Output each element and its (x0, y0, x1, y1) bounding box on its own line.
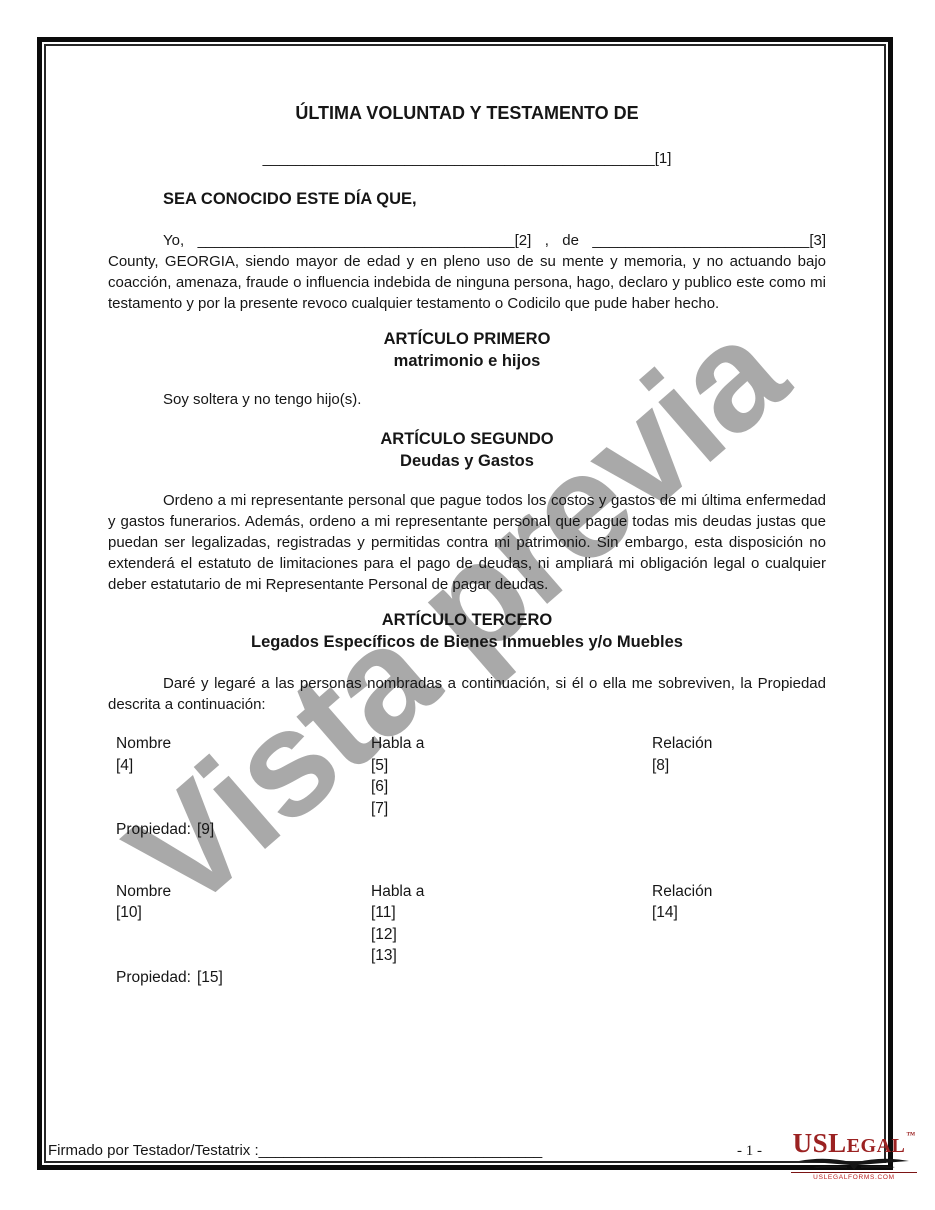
speakto-field-2[interactable]: [6] (371, 776, 652, 798)
bequest-2-relation-column: Relación [14] (652, 881, 826, 967)
article-second-body: Ordeno a mi representante personal que p… (108, 490, 826, 595)
relation-field[interactable]: [8] (652, 755, 826, 777)
property-label: Propiedad: (116, 821, 191, 838)
speakto-field-3[interactable]: [13] (371, 945, 652, 967)
testator-name-ref: [1] (655, 150, 672, 167)
bequest-1-speakto-column: Habla a [5] [6] [7] (371, 733, 652, 819)
brand-main: USL (793, 1128, 847, 1158)
testator-name-blank[interactable]: ________________________________________… (263, 150, 655, 167)
name-field[interactable]: [10] (116, 902, 371, 924)
article-first-heading: ARTÍCULO PRIMERO (108, 328, 826, 350)
document-content: ÚLTIMA VOLUNTAD Y TESTAMENTO DE ________… (108, 42, 826, 988)
name-column-label: Nombre (116, 733, 371, 755)
county-field-ref: [3] (809, 232, 826, 249)
name-field-ref: [2] (515, 232, 532, 249)
bequest-block-2: Nombre [10] Habla a [11] [12] [13] Relac… (116, 881, 826, 989)
speakto-field-1[interactable]: [5] (371, 755, 652, 777)
property-field[interactable]: [15] (197, 969, 223, 986)
relation-column-label: Relación (652, 881, 826, 903)
page-number: - 1 - (737, 1142, 762, 1160)
intro-paragraph: Yo, ____________________________________… (108, 230, 826, 314)
intro-rest: County, GEORGIA, siendo mayor de edad y … (108, 253, 826, 312)
article-third-body: Daré y legaré a las personas nombradas a… (108, 673, 826, 715)
bequest-block-1: Nombre [4] Habla a [5] [6] [7] Relación … (116, 733, 826, 841)
bequest-2-property-line: Propiedad:[15] (116, 967, 826, 989)
speakto-field-1[interactable]: [11] (371, 902, 652, 924)
bequest-1-name-column: Nombre [4] (116, 733, 371, 819)
article-first-section: ARTÍCULO PRIMERO matrimonio e hijos Soy … (108, 328, 826, 410)
document-title: ÚLTIMA VOLUNTAD Y TESTAMENTO DE (108, 102, 826, 124)
article-first-subheading: matrimonio e hijos (108, 350, 826, 372)
bequest-2-speakto-column: Habla a [11] [12] [13] (371, 881, 652, 967)
page-footer: Firmado por Testador/Testatrix : _______… (48, 1142, 880, 1160)
signature-blank[interactable]: __________________________________ (259, 1142, 543, 1160)
article-third-subheading: Legados Específicos de Bienes Inmuebles … (108, 631, 826, 653)
speakto-column-label: Habla a (371, 881, 652, 903)
article-second-section: ARTÍCULO SEGUNDO Deudas y Gastos Ordeno … (108, 428, 826, 595)
article-second-heading: ARTÍCULO SEGUNDO (108, 428, 826, 450)
article-first-body: Soy soltera y no tengo hijo(s). (108, 389, 826, 410)
testator-name-field[interactable]: ______________________________________ (198, 232, 515, 249)
relation-field[interactable]: [14] (652, 902, 826, 924)
bequest-1-relation-column: Relación [8] (652, 733, 826, 819)
page-border-frame: ÚLTIMA VOLUNTAD Y TESTAMENTO DE ________… (37, 37, 893, 1170)
article-third-heading: ARTÍCULO TERCERO (108, 609, 826, 631)
property-label: Propiedad: (116, 969, 191, 986)
relation-column-label: Relación (652, 733, 826, 755)
bequest-2-columns: Nombre [10] Habla a [11] [12] [13] Relac… (116, 881, 826, 967)
document-page: Vista previa ÚLTIMA VOLUNTAD Y TESTAMENT… (0, 0, 935, 1210)
intro-mid: , de (531, 232, 592, 249)
intro-prefix: Yo, (163, 232, 198, 249)
name-column-label: Nombre (116, 881, 371, 903)
uslegal-brand-text: USLEGAL™ (791, 1130, 917, 1157)
article-second-subheading: Deudas y Gastos (108, 450, 826, 472)
bequest-1-property-line: Propiedad:[9] (116, 819, 826, 841)
bequest-2-name-column: Nombre [10] (116, 881, 371, 967)
article-third-section: ARTÍCULO TERCERO Legados Específicos de … (108, 609, 826, 715)
brand-small: EGAL (847, 1135, 906, 1157)
logo-website: USLEGALFORMS.COM (791, 1172, 917, 1181)
property-field[interactable]: [9] (197, 821, 214, 838)
county-field[interactable]: __________________________ (592, 232, 809, 249)
name-field[interactable]: [4] (116, 755, 371, 777)
speakto-field-3[interactable]: [7] (371, 798, 652, 820)
salutation: SEA CONOCIDO ESTE DÍA QUE, (108, 189, 826, 210)
bequest-1-columns: Nombre [4] Habla a [5] [6] [7] Relación … (116, 733, 826, 819)
speakto-column-label: Habla a (371, 733, 652, 755)
testator-name-line: ________________________________________… (108, 148, 826, 169)
trademark-symbol: ™ (906, 1130, 915, 1140)
uslegal-logo: USLEGAL™ USLEGALFORMS.COM (791, 1130, 917, 1181)
signature-label: Firmado por Testador/Testatrix : (48, 1142, 259, 1160)
speakto-field-2[interactable]: [12] (371, 924, 652, 946)
